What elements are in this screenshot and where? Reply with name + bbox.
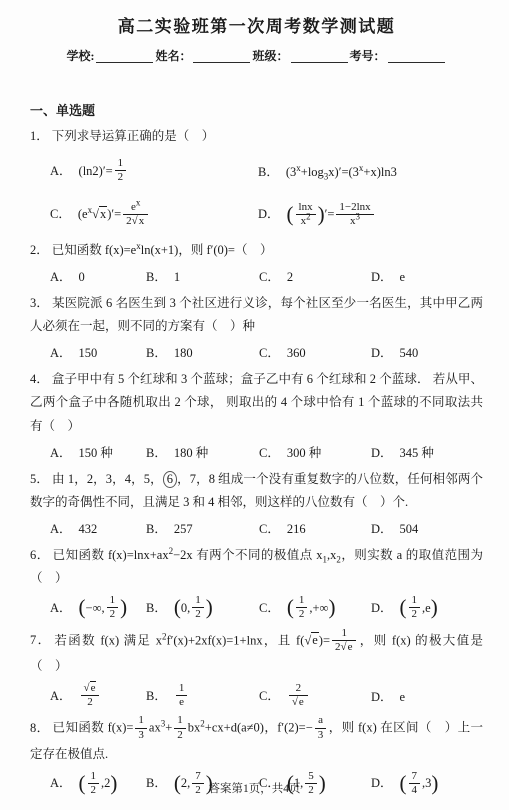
question-number: 8． — [30, 721, 50, 735]
option: B．(0,12) — [146, 595, 259, 622]
option: C．360 — [259, 343, 371, 363]
option: D．(12,e) — [371, 595, 483, 622]
option: B．180 — [146, 343, 259, 363]
option-text: 2 — [287, 270, 293, 284]
option: C．216 — [259, 519, 371, 539]
option: C．2√e — [259, 683, 371, 710]
section-heading: 一、单选题 — [30, 100, 483, 119]
option-text: 2√e — [287, 689, 310, 703]
option-key: C． — [259, 270, 280, 284]
option-key: D． — [371, 446, 393, 460]
class-label: 班级： — [252, 47, 288, 64]
header-field-name: 姓名： — [155, 47, 252, 64]
option-text: (lnxx2)′=1−2lnxx3 — [287, 207, 376, 221]
school-label: 学校: — [66, 47, 94, 64]
option-text: 540 — [400, 346, 419, 360]
option-key: D． — [371, 270, 393, 284]
option-text: e — [400, 690, 406, 704]
option: C．300 种 — [259, 443, 371, 463]
option-text: 150 种 — [79, 446, 113, 460]
option-key: B． — [146, 601, 167, 615]
question-text: 2．已知函数 f(x)=exln(x+1)，则 f′(0)=（ ） — [30, 239, 483, 262]
option: A．√e2 — [50, 683, 146, 710]
option-key: C． — [259, 346, 280, 360]
option: A．(ln2)′=12 — [50, 158, 258, 185]
option-text: 1e — [174, 689, 190, 703]
option: C．(ex√x)′=ex2√x — [50, 202, 258, 229]
question-number: 6． — [30, 548, 50, 562]
question-text: 3．某医院派 6 名医生到 3 个社区进行义诊，每个社区至少一名医生，其中甲乙两… — [30, 292, 483, 338]
option-key: D． — [371, 346, 393, 360]
page-footer: 答案第1页，共4页 — [0, 780, 509, 796]
option-key: A． — [50, 270, 72, 284]
options-row: A．150 种B．180 种C．300 种D．345 种 — [50, 443, 483, 463]
option: A．(−∞,12) — [50, 595, 146, 622]
option: D．504 — [371, 519, 483, 539]
option-text: √e2 — [79, 689, 102, 703]
question: 4．盒子甲中有 5 个红球和 3 个蓝球；盒子乙中有 6 个红球和 2 个蓝球．… — [30, 368, 483, 462]
option-key: C． — [259, 601, 280, 615]
option-text: 432 — [79, 522, 98, 536]
option-text: (12,+∞) — [287, 601, 336, 615]
examno-blank-line — [388, 49, 445, 63]
question-text: 6．已知函数 f(x)=lnx+ax2−2x 有两个不同的极值点 x1,x2，则… — [30, 544, 483, 590]
option-key: B． — [146, 689, 167, 703]
option-key: C． — [259, 446, 280, 460]
option-text: (ln2)′=12 — [79, 164, 129, 178]
option: A．150 — [50, 343, 146, 363]
option: C．(12,+∞) — [259, 595, 371, 622]
option-key: A． — [50, 446, 72, 460]
option-key: A． — [50, 601, 72, 615]
option-key: B． — [146, 346, 167, 360]
option: A．432 — [50, 519, 146, 539]
option-text: 257 — [174, 522, 193, 536]
option: D．e — [371, 267, 483, 287]
test-paper-page: 高二实验班第一次周考数学测试题 学校: 姓名： 班级： 考号： 一、单选题 1．… — [0, 0, 509, 810]
option-text: 150 — [79, 346, 98, 360]
header-field-school: 学校: — [66, 47, 155, 64]
question-number: 2． — [30, 243, 49, 257]
option-text: 504 — [400, 522, 419, 536]
question: 2．已知函数 f(x)=exln(x+1)，则 f′(0)=（ ）A．0B．1C… — [30, 239, 483, 287]
options-row: A．432B．257C．216D．504 — [50, 519, 483, 539]
option-text: e — [400, 270, 406, 284]
question-number: 7． — [30, 633, 51, 647]
examno-label: 考号： — [350, 47, 386, 64]
question-text: 8．已知函数 f(x)=13ax3+12bx2+cx+d(a≠0)，f′(2)=… — [30, 715, 483, 766]
option: B．1e — [146, 683, 259, 710]
option-key: A． — [50, 522, 72, 536]
question-text: 7．若函数 f(x) 满足 x2f′(x)+2xf(x)=1+lnx，且 f(√… — [30, 628, 483, 679]
option-key: B． — [258, 165, 279, 179]
question-text: 4．盒子甲中有 5 个红球和 3 个蓝球；盒子乙中有 6 个红球和 2 个蓝球．… — [30, 368, 483, 437]
options-row: A．(ln2)′=12B．(3x+log3x)′=(3x+x)ln3C．(ex√… — [50, 158, 483, 229]
option-key: A． — [50, 346, 72, 360]
option-text: (12,e) — [400, 601, 438, 615]
question-number: 4． — [30, 372, 49, 386]
class-blank-line — [291, 49, 348, 63]
page-title: 高二实验班第一次周考数学测试题 — [30, 12, 483, 37]
name-blank-line — [193, 49, 250, 63]
option: B．1 — [146, 267, 259, 287]
option-key: C． — [259, 522, 280, 536]
option-key: A． — [50, 689, 72, 703]
student-info-line: 学校: 姓名： 班级： 考号： — [30, 47, 483, 64]
option-text: 360 — [287, 346, 306, 360]
question-number: 5． — [30, 472, 49, 486]
option-text: 216 — [287, 522, 306, 536]
option: B．180 种 — [146, 443, 259, 463]
school-blank-line — [96, 49, 153, 63]
option: D．e — [371, 687, 483, 707]
option-key: B． — [146, 522, 167, 536]
option: A．0 — [50, 267, 146, 287]
option-text: 0 — [79, 270, 85, 284]
option: D．540 — [371, 343, 483, 363]
option-key: C． — [50, 207, 71, 221]
option-key: D． — [371, 690, 393, 704]
header-field-class: 班级： — [252, 47, 349, 64]
option-key: C． — [259, 689, 280, 703]
options-row: A．(−∞,12)B．(0,12)C．(12,+∞)D．(12,e) — [50, 595, 483, 622]
option-text: (ex√x)′=ex2√x — [78, 207, 150, 221]
question-number: 1． — [30, 129, 49, 143]
option-key: B． — [146, 446, 167, 460]
options-row: A．150B．180C．360D．540 — [50, 343, 483, 363]
option-text: (0,12) — [174, 601, 213, 615]
question: 6．已知函数 f(x)=lnx+ax2−2x 有两个不同的极值点 x1,x2，则… — [30, 544, 483, 623]
option-key: D． — [371, 522, 393, 536]
question: 5．由 1，2，3，4，5，6，7，8 组成一个没有重复数字的八位数，任何相邻两… — [30, 468, 483, 539]
option: A．150 种 — [50, 443, 146, 463]
option-text: 180 种 — [174, 446, 208, 460]
question-text: 5．由 1，2，3，4，5，6，7，8 组成一个没有重复数字的八位数，任何相邻两… — [30, 468, 483, 514]
option-text: 300 种 — [287, 446, 321, 460]
questions-list: 1．下列求导运算正确的是（ ）A．(ln2)′=12B．(3x+log3x)′=… — [30, 125, 483, 798]
option-text: 1 — [174, 270, 180, 284]
option-text: (−∞,12) — [79, 601, 128, 615]
option-key: D． — [258, 207, 280, 221]
question-number: 3． — [30, 296, 49, 310]
option: B．257 — [146, 519, 259, 539]
option: D．345 种 — [371, 443, 483, 463]
option: B．(3x+log3x)′=(3x+x)ln3 — [258, 162, 483, 182]
header-field-examno: 考号： — [350, 47, 447, 64]
question-text: 1．下列求导运算正确的是（ ） — [30, 125, 483, 148]
question: 3．某医院派 6 名医生到 3 个社区进行义诊，每个社区至少一名医生，其中甲乙两… — [30, 292, 483, 363]
options-row: A．0B．1C．2D．e — [50, 267, 483, 287]
option-text: 180 — [174, 346, 193, 360]
option-text: (3x+log3x)′=(3x+x)ln3 — [286, 165, 397, 179]
option-text: 345 种 — [400, 446, 434, 460]
question: 7．若函数 f(x) 满足 x2f′(x)+2xf(x)=1+lnx，且 f(√… — [30, 628, 483, 711]
option-key: A． — [50, 164, 72, 178]
option: C．2 — [259, 267, 371, 287]
option-key: B． — [146, 270, 167, 284]
name-label: 姓名： — [155, 47, 191, 64]
option-key: D． — [371, 601, 393, 615]
options-row: A．√e2B．1eC．2√eD．e — [50, 683, 483, 710]
question: 1．下列求导运算正确的是（ ）A．(ln2)′=12B．(3x+log3x)′=… — [30, 125, 483, 229]
option: D．(lnxx2)′=1−2lnxx3 — [258, 202, 483, 229]
